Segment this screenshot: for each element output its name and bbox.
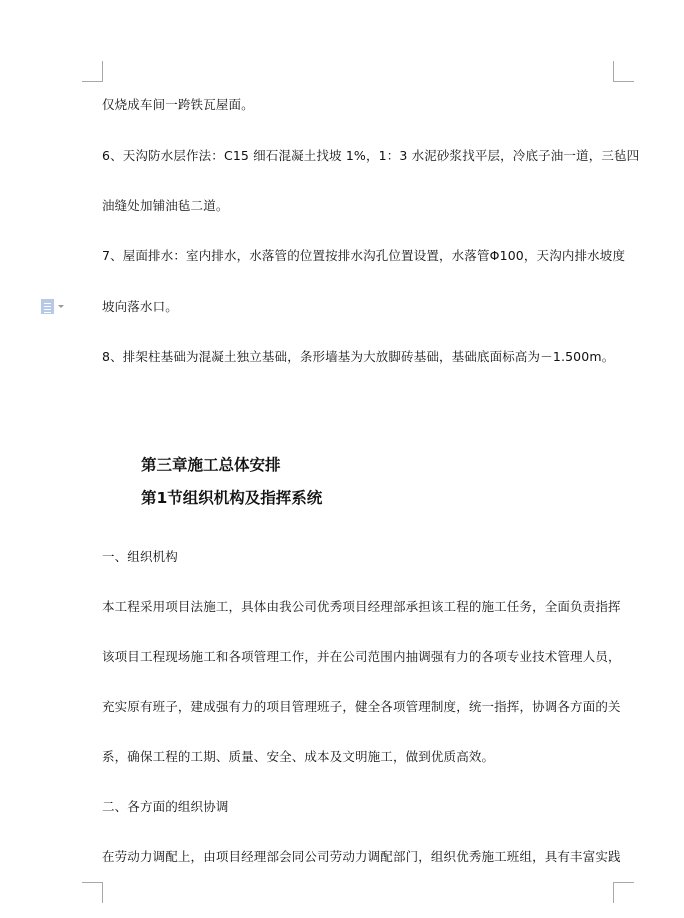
- text-line: 充实原有班子，建成强有力的项目管理班子，健全各项管理制度，统一指挥，协调各方面的…: [102, 699, 621, 715]
- text-line: 该项目工程现场施工和各项管理工作，并在公司范围内抽调强有力的各项专业技术管理人员…: [102, 649, 621, 665]
- subheading: 一、组织机构: [102, 549, 178, 565]
- dropdown-caret-icon: [58, 305, 64, 308]
- text-line: 坡向落水口。: [102, 299, 178, 315]
- text-line: 仅烧成车间一跨铁瓦屋面。: [102, 97, 254, 113]
- text-line: 在劳动力调配上，由项目经理部会同公司劳动力调配部门，组织优秀施工班组，具有丰富实…: [102, 849, 621, 865]
- text-line: 6、天沟防水层作法：C15 细石混凝土找坡 1%，1：3 水泥砂浆找平层，冷底子…: [102, 148, 639, 164]
- subheading: 二、各方面的组织协调: [102, 799, 229, 815]
- text-line: 8、排架柱基础为混凝土独立基础，条形墙基为大放脚砖基础，基础底面标高为－1.50…: [102, 349, 614, 365]
- page-corner-top-right: [613, 61, 634, 82]
- page-corner-bottom-left: [82, 882, 103, 903]
- page-corner-bottom-right: [613, 882, 634, 903]
- text-line: 本工程采用项目法施工，具体由我公司优秀项目经理部承担该工程的施工任务，全面负责指…: [102, 599, 621, 615]
- document-options-icon[interactable]: [41, 297, 67, 315]
- chapter-heading: 第三章施工总体安排: [141, 455, 281, 475]
- page-corner-top-left: [82, 61, 103, 82]
- section-heading: 第1节组织机构及指挥系统: [141, 488, 322, 508]
- text-line: 系，确保工程的工期、质量、安全、成本及文明施工，做到优质高效。: [102, 749, 494, 765]
- text-line: 7、屋面排水：室内排水，水落管的位置按排水沟孔位置设置，水落管Φ100，天沟内排…: [102, 248, 625, 264]
- document-page-icon: [41, 299, 54, 314]
- text-line: 油缝处加铺油毡二道。: [102, 198, 229, 214]
